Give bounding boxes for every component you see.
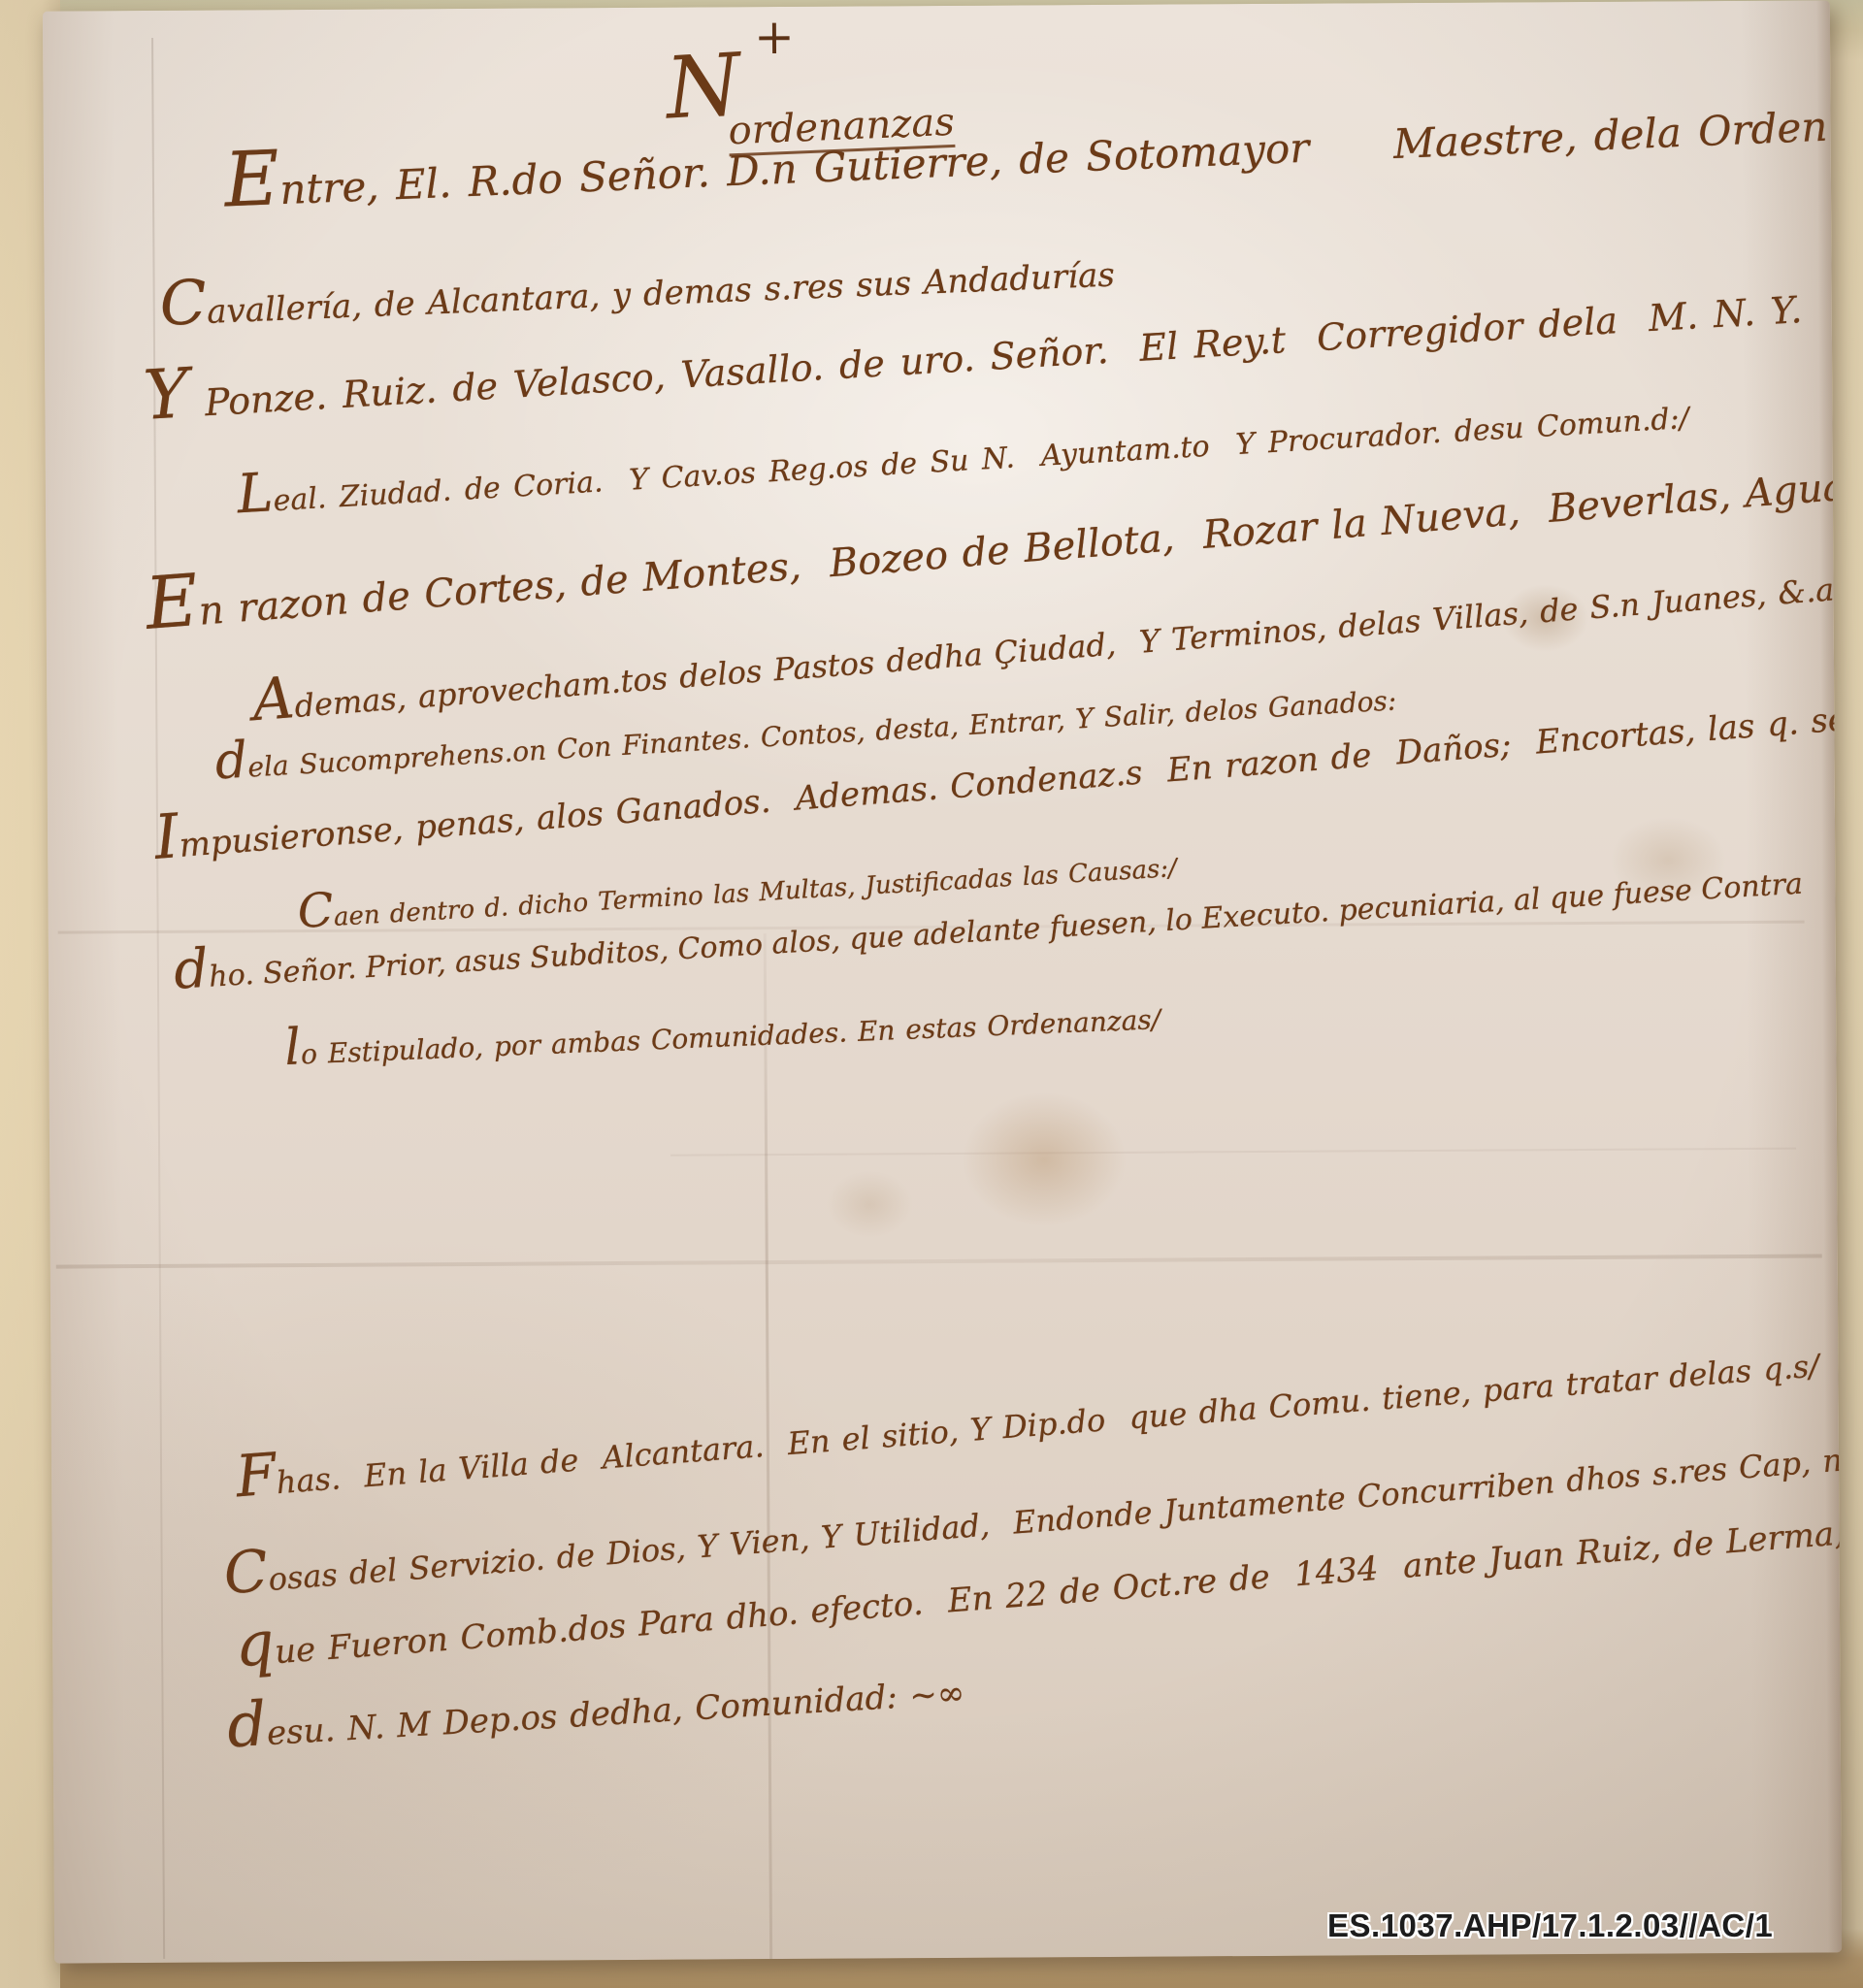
- manuscript-line: lo Estipulado, por ambas Comunidades. En…: [283, 988, 1161, 1074]
- paper-right-edge-shadow: [1816, 0, 1842, 1952]
- fold-crease-horizontal-lower: [56, 1254, 1822, 1268]
- photo-background: + N ordenanzas Entre, El. R.do Señor. D.…: [0, 0, 1863, 1988]
- fold-crease-horizontal-faint: [670, 1148, 1796, 1157]
- stain: [962, 1092, 1128, 1228]
- cross-mark: +: [754, 9, 795, 65]
- archive-reference-label: ES.1037.AHP/17.1.2.03//AC/1: [1327, 1907, 1773, 1944]
- manuscript-lines: Entre, El. R.do Señor. D.n Gutierre, de …: [43, 0, 1830, 11]
- stain: [826, 1170, 913, 1239]
- manuscript-line: Entre, El. R.do Señor. D.n Gutierre, de …: [223, 76, 1842, 219]
- manuscript-paper: + N ordenanzas Entre, El. R.do Señor. D.…: [43, 0, 1842, 1963]
